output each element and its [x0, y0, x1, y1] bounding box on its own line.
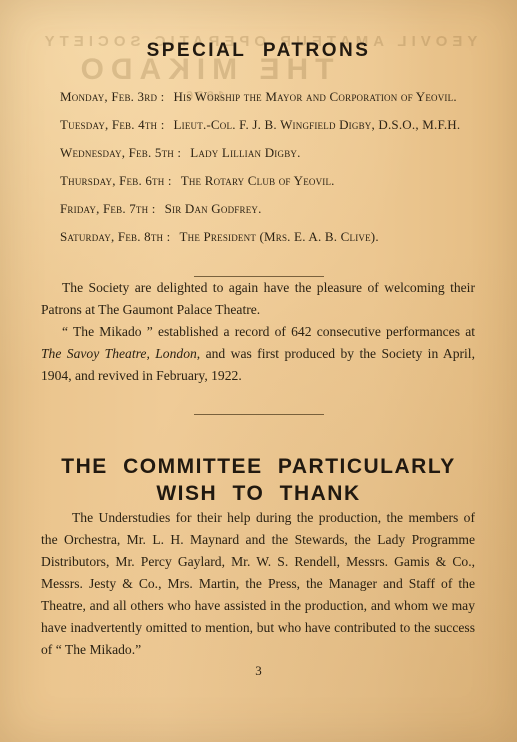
society-paragraph: The Society are delighted to again have …: [41, 277, 475, 321]
patron-name: The Rotary Club of Yeovil.: [181, 173, 335, 188]
patron-entry: Saturday, Feb. 8th :The President (Mrs. …: [60, 228, 507, 246]
page-title: SPECIAL PATRONS: [0, 0, 517, 63]
mikado-paragraph: “ The Mikado ” established a record of 6…: [41, 321, 475, 387]
patron-name: The President (Mrs. E. A. B. Clive).: [180, 229, 379, 244]
page-number: 3: [0, 661, 517, 680]
patron-date: Saturday, Feb. 8th :: [60, 229, 171, 244]
patron-entry: Friday, Feb. 7th :Sir Dan Godfrey.: [60, 200, 507, 218]
patron-name: Sir Dan Godfrey.: [165, 201, 262, 216]
patron-entry: Monday, Feb. 3rd :His Worship the Mayor …: [60, 88, 507, 106]
committee-heading-line2: WISH TO THANK: [0, 480, 517, 507]
patron-date: Thursday, Feb. 6th :: [60, 173, 172, 188]
patron-date: Friday, Feb. 7th :: [60, 201, 156, 216]
committee-heading-line1: THE COMMITTEE PARTICULARLY: [0, 453, 517, 480]
patron-date: Tuesday, Feb. 4th :: [60, 117, 165, 132]
mikado-venue-italic: The Savoy Theatre, London: [41, 346, 197, 361]
mikado-text-before-venue: “ The Mikado ” established a record of 6…: [62, 324, 475, 339]
patrons-list: Monday, Feb. 3rd :His Worship the Mayor …: [60, 88, 507, 246]
patron-name: Lady Lillian Digby.: [190, 145, 300, 160]
patron-entry: Thursday, Feb. 6th :The Rotary Club of Y…: [60, 172, 507, 190]
patron-name: Lieut.-Col. F. J. B. Wingfield Digby, D.…: [174, 117, 461, 132]
patron-date: Wednesday, Feb. 5th :: [60, 145, 181, 160]
thanks-paragraph: The Understudies for their help during t…: [41, 507, 475, 661]
committee-heading: THE COMMITTEE PARTICULARLY WISH TO THANK: [0, 453, 517, 507]
patron-entry: Tuesday, Feb. 4th :Lieut.-Col. F. J. B. …: [60, 116, 507, 134]
patron-name: His Worship the Mayor and Corporation of…: [173, 89, 456, 104]
patron-entry: Wednesday, Feb. 5th :Lady Lillian Digby.: [60, 144, 507, 162]
patron-date: Monday, Feb. 3rd :: [60, 89, 164, 104]
programme-page: YEOVIL AMATEUR OPERATIC SOCIETY THE MIKA…: [0, 0, 517, 742]
divider-rule-bottom: [194, 414, 324, 415]
